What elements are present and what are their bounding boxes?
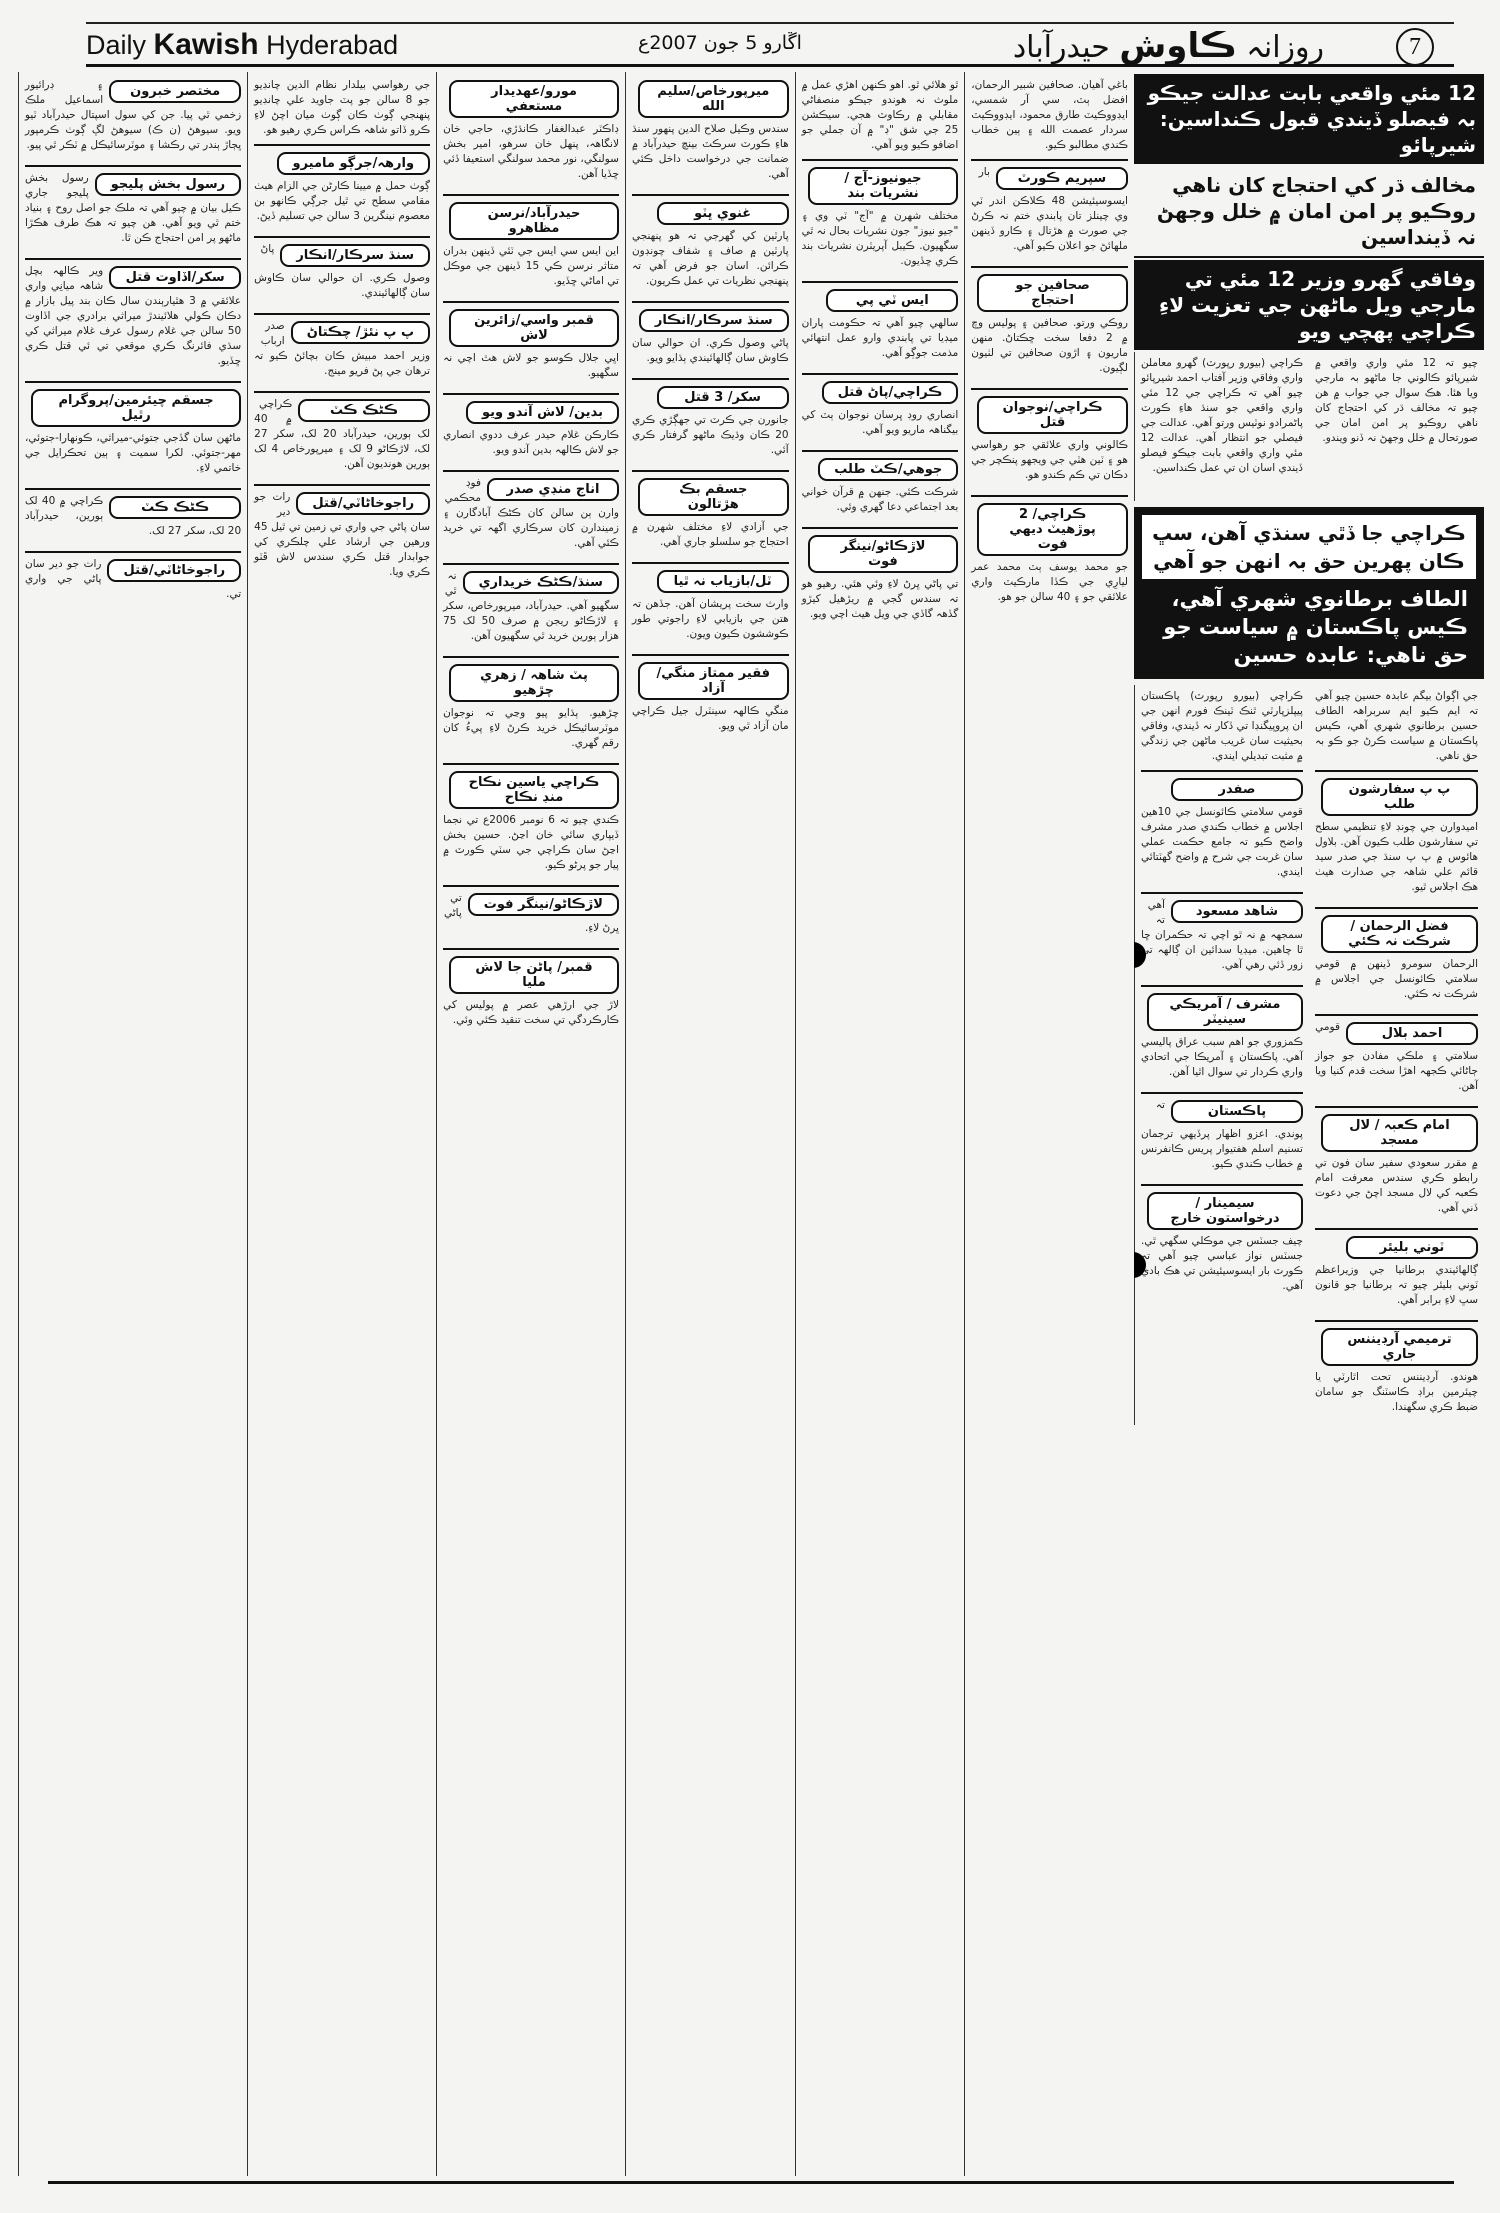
- news-item: حيدرآباد/نرسن مظاهرواين ايس سي ايس جي ٽئ…: [443, 194, 619, 295]
- news-item: سکر/اڏاوت قتلوير ڪالهہ بچل شاهہ ميانِي و…: [25, 258, 241, 375]
- news-item: مورو/عهديدار مستعفيڊاڪٽر عبدالغفار ڪانڌڙ…: [443, 74, 619, 188]
- lead-subheadline: مخالف ڌر کي احتجاج کان ناهي روڪيو پر امن…: [1134, 166, 1484, 258]
- section-kicker: سنڌ/ڪڻڪ خريداري: [463, 571, 619, 594]
- section-kicker: ايس ٽي پي: [826, 289, 958, 312]
- news-item: جي رهواسي بيلدار نظام الدين چانڊيو جو 8 …: [254, 74, 430, 138]
- columns-container: 12 مئي واقعي بابت عدالت جيڪو بہ فيصلو ڏي…: [18, 72, 1484, 2176]
- sindhi-city: حيدرآباد: [1013, 30, 1110, 65]
- news-item: جسقم بڪ هڙتالونجي آزادي لاءِ مختلف شهرن …: [632, 470, 789, 556]
- section-kicker: قمبر واسي/زائرين لاش: [449, 309, 619, 347]
- news-item: ڪراچي/ 2 پوڙهيٽ ديهي فوتجو محمد يوسف ٻٽ …: [971, 495, 1128, 611]
- section-kicker: احمد بلال: [1346, 1022, 1478, 1045]
- section-kicker: ڪراچي/پاڻ قتل: [822, 381, 959, 404]
- news-item: سيمينار / درخواستون خارجچيف جسٽس جي موڪل…: [1141, 1184, 1303, 1300]
- news-item: لاڙڪاڻو/نينگر فوتتي پاڻي ڀرڻ لاءِ وئي هئ…: [802, 527, 959, 628]
- second-story-text-left: جي اڳواڻ بيگم عابدہ حسين چيو آهي تہ ايم …: [1315, 689, 1478, 764]
- section-kicker: سکر/اڏاوت قتل: [109, 266, 241, 289]
- news-item: راجوخاڻاٽي/قتلرات جو دير سان پاڻي جي وار…: [25, 551, 241, 608]
- section-kicker: بدين/ لاش آندو ويو: [466, 401, 619, 424]
- boxed-headline-sub: الطاف برطانوي شهري آهي، ڪيس پاڪستان ۾ سي…: [1142, 579, 1476, 671]
- section-kicker: لاڙڪاڻو/نينگر فوت: [808, 535, 959, 573]
- section-kicker: اناج منڊي صدر: [487, 478, 619, 501]
- news-item: ڪراچي/نوجوان قتلڪالوني واري علائقي جو ره…: [971, 388, 1128, 489]
- news-item: سنڌ/ڪڻڪ خريدارينہ ٿي سگهيو آهي. حيدرآباد…: [443, 563, 619, 650]
- news-item: احمد بلالقومي سلامتي ۽ ملڪي مفادن جو جوا…: [1315, 1014, 1478, 1100]
- section-kicker: سپريم ڪورٽ: [996, 167, 1128, 190]
- section-body: ٿو هلائي ٿو. اهو ڪنهن اهڙي عمل ۾ ملوث نہ…: [802, 78, 959, 153]
- news-item: ٽل/بازياب نہ ٿياوارث سخت پريشان آهن. جڏه…: [632, 562, 789, 648]
- news-item: شاهد مسعودآهي تہ سمجهہ ۾ نہ ٿو اچي تہ حڪ…: [1141, 892, 1303, 979]
- lead-banner-headline-2: وفاقي گهرو وزير 12 مئي تي مارجي ويل ماڻه…: [1134, 260, 1484, 350]
- title-name: Kawish: [154, 28, 259, 61]
- news-item: مشرف / آمريڪي سينيٽرڪمزوري جو اهم سبب عر…: [1141, 985, 1303, 1086]
- section-kicker: مورو/عهديدار مستعفي: [449, 80, 619, 118]
- news-item: ٿو هلائي ٿو. اهو ڪنهن اهڙي عمل ۾ ملوث نہ…: [802, 74, 959, 153]
- column-e: ميرپورخاص/سليم اللهسندس وڪيل صلاح الدين …: [625, 72, 795, 2176]
- news-item: اناج منڊي صدرفوڊ محڪمي وارن ٻن سالن کان …: [443, 470, 619, 557]
- section-body: جي رهواسي بيلدار نظام الدين چانڊيو جو 8 …: [254, 78, 430, 138]
- top-rule: [86, 22, 1454, 24]
- section-kicker: قمبر/ پاڻن جا لاش مليا: [449, 956, 619, 994]
- section-kicker: لاڙڪاڻو/نينگر فوت: [468, 893, 619, 916]
- section-kicker: پ پ نئڙ/ چڪتاڻ: [291, 321, 430, 344]
- section-kicker: ڪراچي ياسين نڪاح منڊ نڪاح: [449, 771, 619, 809]
- news-item: فقير ممتاز منگي/آزادمنگي ڪالهہ سينٽرل جي…: [632, 654, 789, 740]
- news-item: جيونيوز-آج /نشريات بندمختلف شهرن ۾ "آج" …: [802, 159, 959, 275]
- section-kicker: ڪڻڪ ڪٽ: [298, 399, 430, 422]
- news-item: جسقم چيئرمين/پروگرام رٿيلماڻهن سان گڏجي …: [25, 381, 241, 482]
- section-kicker: ڪڻڪ ڪٽ: [109, 496, 241, 519]
- second-story-left: جي اڳواڻ بيگم عابدہ حسين چيو آهي تہ ايم …: [1309, 685, 1484, 1425]
- section-kicker: جوهي/ڪٽ طلب: [818, 458, 958, 481]
- section-kicker: ٽل/بازياب نہ ٿيا: [657, 570, 789, 593]
- news-item: پ پ سفارشون طلباميدوارن جي چونڊ لاءِ تنظ…: [1315, 770, 1478, 901]
- section-kicker: صحافين جو احتجاج: [977, 274, 1128, 312]
- section-kicker: راجوخاڻاٽي/قتل: [107, 559, 241, 582]
- section-kicker: فضل الرحمان / شرڪت نہ ڪئي: [1321, 915, 1478, 953]
- column-c: باغي آهيان. صحافين شبير الرحمان، افضل ٻٽ…: [964, 72, 1134, 2176]
- news-item: ڪڻڪ ڪٽڪراچي ۾ 40 لک ٻورين، حيدرآباد 20 ل…: [25, 488, 241, 545]
- page-number: 7: [1396, 28, 1434, 66]
- column-h: مختصر خبرون۽ ڊرائيور اسماعيل ملڪ زخمي ٿي…: [18, 72, 247, 2176]
- news-item: رسول بخش پليجورسول بخش پليجو جاري ڪيل بي…: [25, 165, 241, 252]
- bottom-rule: [48, 2181, 1454, 2184]
- section-kicker: صفدر: [1171, 778, 1303, 801]
- lead-banner-headline: 12 مئي واقعي بابت عدالت جيڪو بہ فيصلو ڏي…: [1134, 74, 1484, 164]
- news-item: سنڌ سرڪار/انڪارپاڻي وصول ڪري. ان حوالي س…: [632, 301, 789, 372]
- news-item: امام ڪعبہ / لال مسجد۾ مقرر سعودي سفير سا…: [1315, 1106, 1478, 1222]
- lead-story-column: 12 مئي واقعي بابت عدالت جيڪو بہ فيصلو ڏي…: [1134, 72, 1484, 2176]
- section-kicker: جيونيوز-آج /نشريات بند: [808, 167, 959, 205]
- lead-body-right: ڪراچي (بيورو رپورٽ) گهرو معاملن واري وفا…: [1141, 356, 1303, 476]
- news-item: پاڪستانتہ پوندي. اعزو اظهار پرڏيهي ترجما…: [1141, 1092, 1303, 1178]
- news-item: مختصر خبرون۽ ڊرائيور اسماعيل ملڪ زخمي ٿي…: [25, 74, 241, 159]
- news-item: قمبر/ پاڻن جا لاش مليالاڙ جي ارڙهي عصر ۾…: [443, 948, 619, 1034]
- section-kicker: جسقم بڪ هڙتالون: [638, 478, 789, 516]
- news-item: جوهي/ڪٽ طلبشرڪت ڪئي. جنهن ۾ قرآن خواني ب…: [802, 450, 959, 521]
- lead-body: ڪراچي (بيورو رپورٽ) گهرو معاملن واري وفا…: [1134, 352, 1484, 501]
- news-item: پٽ شاهہ / زهري چڙهيوچڙهيو. ٻڌايو پيو وڃي…: [443, 656, 619, 757]
- section-kicker: جسقم چيئرمين/پروگرام رٿيل: [31, 389, 241, 427]
- section-kicker: وارهہ/جرڳو ماميرو: [277, 152, 431, 175]
- news-item: ميرپورخاص/سليم اللهسندس وڪيل صلاح الدين …: [632, 74, 789, 188]
- section-kicker: شاهد مسعود: [1171, 900, 1303, 923]
- boxed-headline-inner: ڪراچي جا ڏٿي سنڌي آهن، سڀ ڪان پهرين حق ب…: [1142, 515, 1476, 579]
- news-item: قمبر واسي/زائرين لاشاڀي جلال ڪوسو جو لاش…: [443, 301, 619, 387]
- section-kicker: پٽ شاهہ / زهري چڙهيو: [449, 664, 619, 702]
- section-kicker: سيمينار / درخواستون خارج: [1147, 1192, 1303, 1230]
- section-kicker: پاڪستان: [1171, 1100, 1303, 1123]
- second-story-text-right: ڪراچي (بيورو رپورٽ) پاڪستان پيپلزپارٽي ٿ…: [1141, 689, 1303, 764]
- news-item: صفدرقومي سلامتي ڪائونسل جي 10هين اجلاس ۾…: [1141, 770, 1303, 886]
- second-story-right: ڪراچي (بيورو رپورٽ) پاڪستان پيپلزپارٽي ٿ…: [1134, 685, 1309, 1425]
- section-kicker: امام ڪعبہ / لال مسجد: [1321, 1114, 1478, 1152]
- masthead-english-title: Daily Kawish Hyderabad: [86, 28, 398, 62]
- news-item: بدين/ لاش آندو ويوڪارڪن غلام حيدر عرف دد…: [443, 393, 619, 464]
- news-item: پ پ نئڙ/ چڪتاڻصدر ارباب وزير احمد مبيش ڪ…: [254, 313, 430, 385]
- section-kicker: رسول بخش پليجو: [95, 173, 241, 196]
- masthead: Daily Kawish Hyderabad اڱارو 5 جون 2007ع…: [18, 26, 1484, 66]
- section-kicker: ڪراچي/ 2 پوڙهيٽ ديهي فوت: [977, 503, 1128, 556]
- news-item: سکر/ 3 قتلجانورن جي ڪرٽ تي جهڳڙي ڪري 20 …: [632, 378, 789, 464]
- section-kicker: مختصر خبرون: [109, 80, 241, 103]
- section-kicker: ڪراچي/نوجوان قتل: [977, 396, 1128, 434]
- sindhi-prefix: روزانہ: [1246, 30, 1324, 65]
- news-item: ڪراچي/پاڻ قتلانصاري روڊ ڀرسان نوجوان ٻٽ …: [802, 373, 959, 444]
- column-f: مورو/عهديدار مستعفيڊاڪٽر عبدالغفار ڪانڌڙ…: [436, 72, 625, 2176]
- news-item: ٽوني بليئرڳالهائيندي برطانيا جي وزيراعظم…: [1315, 1228, 1478, 1314]
- news-item: صحافين جو احتجاجروڪي ورتو. صحافين ۽ پولي…: [971, 266, 1128, 382]
- sindhi-name: ڪاوش: [1119, 26, 1236, 66]
- section-kicker: ٽوني بليئر: [1346, 1236, 1478, 1259]
- section-kicker: پ پ سفارشون طلب: [1321, 778, 1478, 816]
- section-kicker: سنڌ سرڪار/انڪار: [280, 244, 430, 267]
- news-item: ايس ٽي پيسالهي چيو آهي تہ حڪومت پاران مي…: [802, 281, 959, 367]
- masthead-date: اڱارو 5 جون 2007ع: [638, 32, 802, 54]
- column-d: ٿو هلائي ٿو. اهو ڪنهن اهڙي عمل ۾ ملوث نہ…: [795, 72, 965, 2176]
- news-item: راجوخاڻاٽي/قتلرات جو دير سان پاڻي جي وار…: [254, 484, 430, 586]
- news-item: ترميمي آرڊيننس جاريهوندو. آرڊيننس تحت اٿ…: [1315, 1320, 1478, 1421]
- news-item: ڪراچي ياسين نڪاح منڊ نڪاحڪندي چيو تہ 6 ن…: [443, 763, 619, 879]
- newspaper-page: Daily Kawish Hyderabad اڱارو 5 جون 2007ع…: [18, 18, 1484, 2198]
- title-city: Hyderabad: [266, 30, 398, 60]
- news-item: وارهہ/جرڳو ماميروڳوٺ حمل ۾ ميينا ڪارڻن ج…: [254, 144, 430, 230]
- news-item: باغي آهيان. صحافين شبير الرحمان، افضل ٻٽ…: [971, 74, 1128, 153]
- section-kicker: ترميمي آرڊيننس جاري: [1321, 1328, 1478, 1366]
- section-kicker: غنوي ڀٽو: [657, 202, 789, 225]
- section-body: باغي آهيان. صحافين شبير الرحمان، افضل ٻٽ…: [971, 78, 1128, 153]
- section-kicker: فقير ممتاز منگي/آزاد: [638, 662, 789, 700]
- masthead-sindhi-title: روزانہ ڪاوش حيدرآباد: [1013, 26, 1324, 66]
- news-item: سنڌ سرڪار/انڪارپاڻ وصول ڪري. ان حوالي سا…: [254, 236, 430, 307]
- section-kicker: حيدرآباد/نرسن مظاهرو: [449, 202, 619, 240]
- news-item: ڪڻڪ ڪٽڪراچي ۾ 40 لک ٻورين، حيدرآباد 20 ل…: [254, 391, 430, 478]
- section-kicker: ميرپورخاص/سليم الله: [638, 80, 789, 118]
- section-kicker: راجوخاڻاٽي/قتل: [296, 492, 430, 515]
- masthead-rule: [86, 64, 1454, 67]
- boxed-headline: ڪراچي جا ڏٿي سنڌي آهن، سڀ ڪان پهرين حق ب…: [1134, 507, 1484, 679]
- second-story-body: ڪراچي (بيورو رپورٽ) پاڪستان پيپلزپارٽي ٿ…: [1134, 685, 1484, 1425]
- news-item: فضل الرحمان / شرڪت نہ ڪئيالرحمان سومرو ڏ…: [1315, 907, 1478, 1008]
- lead-body-left: چيو تہ 12 مئي واري واقعي ۾ شيرپائو ڪالون…: [1315, 356, 1478, 446]
- section-kicker: سکر/ 3 قتل: [657, 386, 789, 409]
- news-item: لاڙڪاڻو/نينگر فوتتي پاڻي ڀرڻ لاءِ.: [443, 885, 619, 942]
- news-item: سپريم ڪورٽبار ايسوسيئيشن 48 ڪلاڪن اندر ٽ…: [971, 159, 1128, 260]
- section-kicker: سنڌ سرڪار/انڪار: [639, 309, 789, 332]
- section-kicker: مشرف / آمريڪي سينيٽر: [1147, 993, 1303, 1031]
- news-item: غنوي ڀٽوپارٽين کي گهرجي تہ هو پنهنجي پار…: [632, 194, 789, 295]
- column-g: جي رهواسي بيلدار نظام الدين چانڊيو جو 8 …: [247, 72, 436, 2176]
- title-prefix: Daily: [86, 30, 146, 60]
